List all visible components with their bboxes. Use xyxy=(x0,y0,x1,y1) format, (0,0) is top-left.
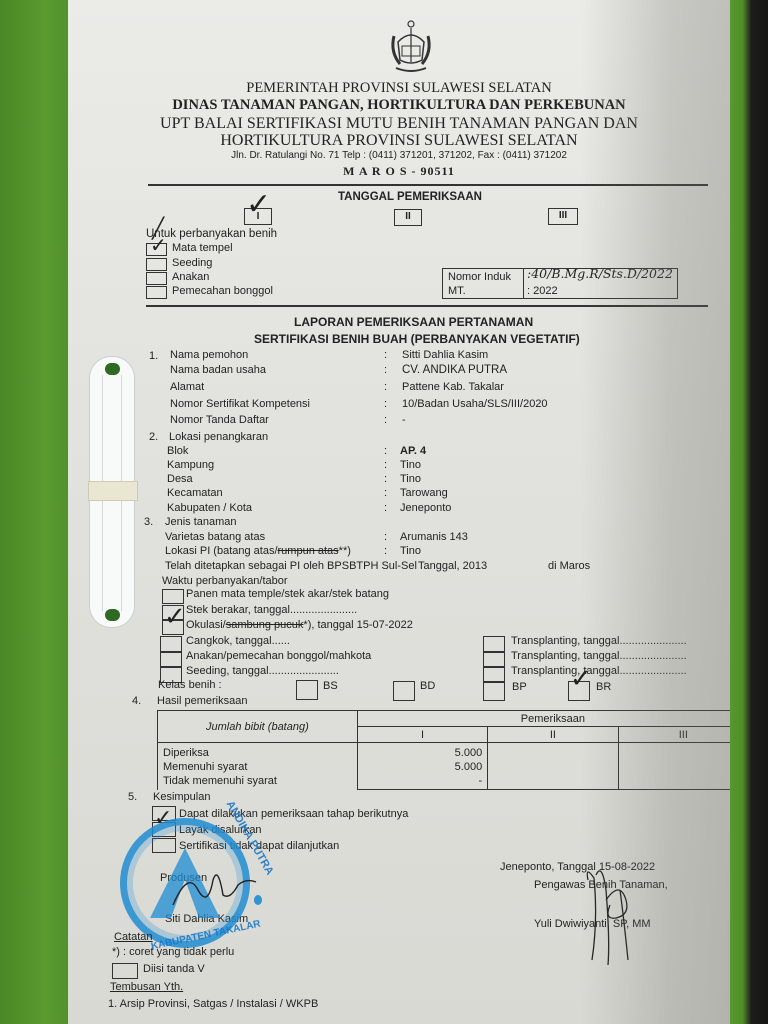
colon: : xyxy=(384,473,387,485)
field-label: Nomor Tanda Daftar xyxy=(170,414,269,426)
binder-clip xyxy=(89,356,135,628)
field-label: Kecamatan xyxy=(167,487,223,499)
colon: : xyxy=(384,349,387,361)
option-anakan-bonggol: Anakan/pemecahan bonggol/mahkota xyxy=(186,650,371,662)
option-transplanting-2: Transplanting, tanggal..................… xyxy=(511,650,687,662)
checkbox-bs[interactable] xyxy=(296,680,318,700)
table-header-pemeriksaan: Pemeriksaan xyxy=(357,711,730,727)
field-label: Nama pemohon xyxy=(170,349,248,361)
table-header-jumlah: Jumlah bibit (batang) xyxy=(158,711,358,743)
option-transplanting-1: Transplanting, tanggal..................… xyxy=(511,635,687,647)
option-okulasi: Okulasi/sambung pucuk*), tanggal 15-07-2… xyxy=(186,619,413,631)
option-mata-tempel: Mata tempel xyxy=(172,242,233,254)
colon: : xyxy=(384,545,387,557)
report-title-2: SERTIFIKASI BENIH BUAH (PERBANYAKAN VEGE… xyxy=(254,332,580,346)
header-city: M A R O S - 90511 xyxy=(68,164,730,179)
header-divider xyxy=(148,184,708,186)
nomor-induk-label: Nomor Induk xyxy=(448,271,511,283)
inspection-box-3[interactable]: III xyxy=(548,208,578,225)
section-5-title: Kesimpulan xyxy=(153,791,210,803)
lokasi-pi-label: Lokasi PI (batang atas/rumpun atas**) xyxy=(165,545,351,557)
option-panen-mata: Panen mata temple/stek akar/stek batang xyxy=(186,588,389,600)
option-bp: BP xyxy=(512,681,527,693)
lokasi-pi-value: Tino xyxy=(400,545,421,557)
kampung-value: Tino xyxy=(400,459,421,471)
results-table: Jumlah bibit (batang) Pemeriksaan I II I… xyxy=(157,710,730,790)
colon: : xyxy=(384,531,387,543)
desa-value: Tino xyxy=(400,473,421,485)
cell-value: 5.000 xyxy=(363,746,482,760)
field-label: Alamat xyxy=(170,381,204,393)
stamp-dot xyxy=(254,895,262,905)
option-transplanting-3: Transplanting, tanggal..................… xyxy=(511,665,687,677)
checkmark-icon: ✓ xyxy=(164,604,186,630)
header-government: PEMERINTAH PROVINSI SULAWESI SELATAN xyxy=(68,80,730,97)
mt-value: : 2022 xyxy=(527,285,558,297)
option-br: BR xyxy=(596,681,611,693)
inspector-signature-icon xyxy=(580,860,640,970)
nomor-induk-value: :40/B.Mg.R/Sts.D/2022 xyxy=(527,266,673,281)
blok-value: AP. 4 xyxy=(400,445,426,457)
colon: : xyxy=(384,459,387,471)
label-text: Okulasi/ xyxy=(186,619,226,631)
checkbox-anakan[interactable] xyxy=(146,272,167,285)
report-title-1: LAPORAN PEMERIKSAAN PERTANAMAN xyxy=(294,315,533,329)
section-2-number: 2. xyxy=(149,431,158,443)
colon: : xyxy=(384,487,387,499)
section-1-number: 1. xyxy=(149,350,158,362)
colon: : xyxy=(384,502,387,514)
option-cangkok: Cangkok, tanggal...... xyxy=(186,635,290,647)
cell-value: 5.000 xyxy=(363,760,482,774)
field-label: Blok xyxy=(167,445,188,457)
checkbox-bp[interactable] xyxy=(483,681,505,701)
colon: : xyxy=(384,398,387,410)
table-col-3 xyxy=(618,743,730,790)
table-subheader: III xyxy=(618,727,730,743)
kabupaten-value: Jeneponto xyxy=(400,502,451,514)
pi-place: di Maros xyxy=(548,560,590,572)
section-3-title: Jenis tanaman xyxy=(165,516,237,528)
section-4-title: Hasil pemeriksaan xyxy=(157,695,247,707)
note-1: *) : coret yang tidak perlu xyxy=(112,946,234,958)
label-text: **) xyxy=(339,545,351,557)
registration-divider xyxy=(523,268,524,299)
header-upt-line1: UPT BALAI SERTIFIKASI MUTU BENIH TANAMAN… xyxy=(68,115,730,133)
row-label: Diperiksa xyxy=(163,746,352,760)
checkmark-icon: ✓ xyxy=(570,666,592,692)
kelas-benih-label: Kelas benih : xyxy=(158,679,222,691)
option-seeding-tanggal: Seeding, tanggal....................... xyxy=(186,665,339,677)
nama-badan-usaha-value: CV. ANDIKA PUTRA xyxy=(402,364,507,376)
option-seeding: Seeding xyxy=(172,257,212,269)
field-label: Kampung xyxy=(167,459,214,471)
section-3-number: 3. xyxy=(144,516,153,528)
nama-pemohon-value: Sitti Dahlia Kasim xyxy=(402,349,488,361)
note-2: Diisi tanda V xyxy=(143,963,205,975)
option-stek-berakar: Stek berakar, tanggal...................… xyxy=(186,604,357,616)
pi-date: Tanggal, 2013 xyxy=(418,560,487,572)
document-page: PEMERINTAH PROVINSI SULAWESI SELATAN DIN… xyxy=(68,0,730,1024)
label-text: Lokasi PI (batang atas/ xyxy=(165,545,278,557)
header-upt-line2: HORTIKULTURA PROVINSI SULAWESI SELATAN xyxy=(68,132,730,150)
sertifikat-kompetensi-value: 10/Badan Usaha/SLS/III/2020 xyxy=(402,398,548,410)
varietas-value: Arumanis 143 xyxy=(400,531,468,543)
producer-signature-icon xyxy=(168,860,258,910)
inspection-box-1-label: I xyxy=(247,212,269,224)
table-row-labels: Diperiksa Memenuhi syarat Tidak memenuhi… xyxy=(158,743,358,790)
header-department: DINAS TANAMAN PANGAN, HORTIKULTURA DAN P… xyxy=(68,97,730,114)
table-col-2 xyxy=(488,743,618,790)
table-row: Diperiksa Memenuhi syarat Tidak memenuhi… xyxy=(158,743,731,790)
binder-hole-bottom xyxy=(105,609,120,621)
field-label: Kabupaten / Kota xyxy=(167,502,252,514)
section-5-number: 5. xyxy=(128,791,137,803)
table-col-1: 5.000 5.000 - xyxy=(357,743,487,790)
field-label: Varietas batang atas xyxy=(165,531,265,543)
checkmark-icon: ✓ xyxy=(150,235,167,255)
cc-item-1: 1. Arsip Provinsi, Satgas / Instalasi / … xyxy=(108,998,318,1010)
provincial-emblem-icon xyxy=(386,18,436,76)
checkbox-bd[interactable] xyxy=(393,681,415,701)
checkbox-tidak-dilanjutkan[interactable] xyxy=(152,838,176,853)
struck-text: rumpun atas xyxy=(278,545,339,557)
section-2-title: Lokasi penangkaran xyxy=(169,431,268,443)
cc-title: Tembusan Yth. xyxy=(110,981,183,993)
option-pemecahan-bonggol: Pemecahan bonggol xyxy=(172,285,273,297)
binder-hole-top xyxy=(105,363,120,375)
table-subheader: I xyxy=(357,727,487,743)
option-tahap-berikutnya: Dapat dilakukan pemeriksaan tahap beriku… xyxy=(179,808,408,820)
checkbox-seeding[interactable] xyxy=(146,258,167,271)
field-label: Nomor Sertifikat Kompetensi xyxy=(170,398,310,410)
colon: : xyxy=(384,364,387,376)
option-bs: BS xyxy=(323,680,338,692)
colon: : xyxy=(384,445,387,457)
struck-text: sambung pucuk xyxy=(226,619,304,631)
inspection-date-title: TANGGAL PEMERIKSAAN xyxy=(338,191,482,203)
label-text: *), tanggal 15-07-2022 xyxy=(303,619,412,631)
colon: : xyxy=(384,414,387,426)
header-address: Jln. Dr. Ratulangi No. 71 Telp : (0411) … xyxy=(68,150,730,161)
kecamatan-value: Tarowang xyxy=(400,487,448,499)
inspection-box-2[interactable]: II xyxy=(394,209,422,226)
table-subheader: II xyxy=(488,727,618,743)
option-anakan: Anakan xyxy=(172,271,209,283)
checkmark-icon: ✓ xyxy=(154,808,172,830)
binder-slider xyxy=(88,481,138,501)
green-folder-left xyxy=(0,0,76,1024)
alamat-value: Pattene Kab. Takalar xyxy=(402,381,504,393)
cell-value: - xyxy=(363,774,482,788)
legend-checkbox xyxy=(112,963,138,979)
field-label: Desa xyxy=(167,473,193,485)
row-label: Memenuhi syarat xyxy=(163,760,352,774)
notes-title: Catatan xyxy=(114,931,153,943)
green-folder-right xyxy=(726,0,768,1024)
checkbox-pemecahan-bonggol[interactable] xyxy=(146,286,167,299)
section-4-number: 4. xyxy=(132,695,141,707)
mt-label: MT. xyxy=(448,285,466,297)
waktu-title: Waktu perbanyakan/tabor xyxy=(162,575,288,587)
tanda-daftar-value: - xyxy=(402,414,406,426)
option-bd: BD xyxy=(420,680,435,692)
field-label: Nama badan usaha xyxy=(170,364,266,376)
row-label: Tidak memenuhi syarat xyxy=(163,774,352,788)
section-divider xyxy=(146,305,708,307)
colon: : xyxy=(384,381,387,393)
pi-note: Telah ditetapkan sebagai PI oleh BPSBTPH… xyxy=(165,560,417,572)
